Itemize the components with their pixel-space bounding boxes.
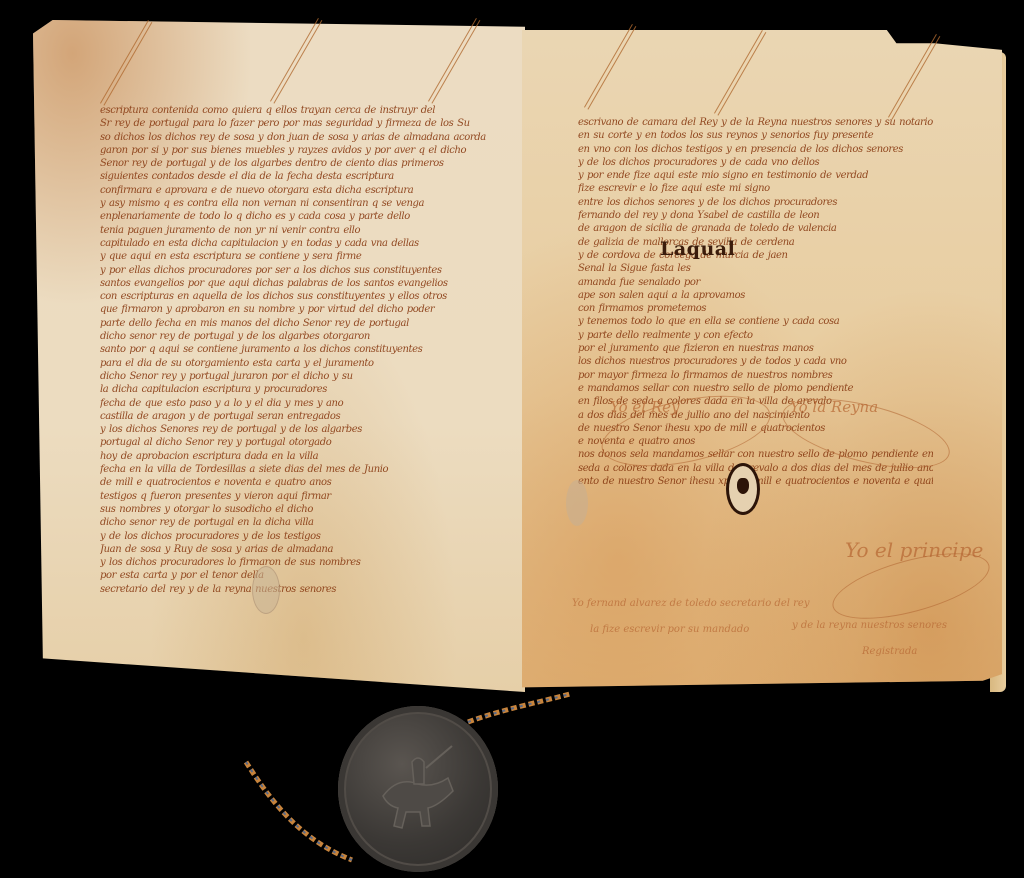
manuscript-line: enplenariamente de todo lo q dicho es y … (100, 210, 495, 223)
manuscript-line: Juan de sosa y Ruy de sosa y arias de al… (100, 543, 495, 556)
manuscript-line: la dicha capitulacion escriptura y procu… (100, 383, 495, 396)
manuscript-line: confirmara e aprovara e de nuevo otorgar… (100, 184, 495, 197)
manuscript-line: por el juramento que fizieron en nuestra… (578, 342, 933, 355)
signature-king: Yo el Rey (610, 398, 680, 416)
manuscript-line: fecha en la villa de Tordesillas a siete… (100, 463, 495, 476)
ink-seal-stamp (726, 463, 760, 515)
manuscript-line: y tenemos todo lo que en ella se contien… (578, 315, 933, 328)
manuscript-line: dicho Senor rey y portugal juraron por e… (100, 370, 495, 383)
manuscript-line: ape son salen aqui a la aprovamos (578, 289, 933, 302)
manuscript-line: y de cordova de corcega de murcia de jae… (578, 249, 933, 262)
manuscript-line: santo por q aqui se contiene juramento a… (100, 343, 495, 356)
manuscript-line: capitulado en esta dicha capitulacion y … (100, 237, 495, 250)
highlighted-word: Laqual (660, 238, 735, 260)
manuscript-line: y por ellas dichos procuradores por ser … (100, 264, 495, 277)
manuscript-line: de mill e quatrocientos e noventa e quat… (100, 476, 495, 489)
manuscript-line: santos evangelios por que aqui dichas pa… (100, 277, 495, 290)
manuscript-line: castilla de aragon y de portugal seran e… (100, 410, 495, 423)
manuscript-line: y por ende fize aqui este mio signo en t… (578, 169, 933, 182)
manuscript-line: e mandamos sellar con nuestro sello de p… (578, 382, 933, 395)
manuscript-line: y los dichos procuradores lo firmaron de… (100, 556, 495, 569)
manuscript-line: de galizia de mallorcas de sevilla de ce… (578, 236, 933, 249)
manuscript-line: y que aqui en esta escriptura se contien… (100, 250, 495, 263)
manuscript-line: escrivano de camara del Rey y de la Reyn… (578, 116, 933, 129)
manuscript-line: amanda fue senalado por (578, 276, 933, 289)
manuscript-line: fize escrevir e lo fize aqui este mi sig… (578, 182, 933, 195)
manuscript-line: con firmamos prometemos (578, 302, 933, 315)
manuscript-line: siguientes contados desde el dia de la f… (100, 170, 495, 183)
manuscript-line: y de los dichos procuradores y de cada v… (578, 156, 933, 169)
secretary-subscription-2: y de la reyna nuestros senores (792, 620, 947, 631)
manuscript-line: con escripturas en aquella de los dichos… (100, 290, 495, 303)
manuscript-line: dicho senor rey de portugal en la dicha … (100, 516, 495, 529)
manuscript-line: hoy de aprobacion escriptura dada en la … (100, 450, 495, 463)
manuscript-line: garon por si y por sus bienes muebles y … (100, 144, 495, 157)
manuscript-line: Sr rey de portugal para lo fazer pero po… (100, 117, 495, 130)
manuscript-line: entre los dichos senores y de los dichos… (578, 196, 933, 209)
manuscript-line: los dichos nuestros procuradores y de to… (578, 355, 933, 368)
manuscript-line: dicho senor rey de portugal y de los alg… (100, 330, 495, 343)
knight-on-horseback-icon (368, 736, 468, 836)
signature-queen: Yo la Reyna (790, 398, 878, 416)
manuscript-line: por esta carta y por el tenor della (100, 569, 495, 582)
manuscript-line: fernando del rey y dona Ysabel de castil… (578, 209, 933, 222)
manuscript-line: y asy mismo q es contra ella non vernan … (100, 197, 495, 210)
manuscript-line: en vno con los dichos testigos y en pres… (578, 143, 933, 156)
manuscript-line: fecha de que esto paso y a lo y el dia y… (100, 397, 495, 410)
left-page-text: escriptura contenida como quiera q ellos… (100, 104, 495, 596)
manuscript-line: y los dichos Senores rey de portugal y d… (100, 423, 495, 436)
manuscript-line: tenia paguen juramento de non yr ni veni… (100, 224, 495, 237)
manuscript-line: y parte dello realmente y con efecto (578, 329, 933, 342)
manuscript-line: testigos q fueron presentes y vieron aqu… (100, 490, 495, 503)
manuscript-line: y de los dichos procuradores y de los te… (100, 530, 495, 543)
manuscript-line: por mayor firmeza lo firmamos de nuestro… (578, 369, 933, 382)
manuscript-line: so dichos los dichos rey de sosa y don j… (100, 131, 495, 144)
manuscript-line: portugal al dicho Senor rey y portugal o… (100, 436, 495, 449)
blind-stamp (252, 566, 280, 614)
manuscript-line: de aragon de sicilia de granada de toled… (578, 222, 933, 235)
manuscript-line: parte dello fecha en mis manos del dicho… (100, 317, 495, 330)
manuscript-line: secretario del rey y de la reyna nuestro… (100, 583, 495, 596)
registrada-mark: Registrada (862, 646, 917, 657)
manuscript-line: Senal la Sigue fasta les (578, 262, 933, 275)
manuscript-line: que firmaron y aprobaron en su nombre y … (100, 303, 495, 316)
manuscript-line: en su corte y en todos los sus reynos y … (578, 129, 933, 142)
manuscript-line: para el dia de su otorgamiento esta cart… (100, 357, 495, 370)
manuscript-line: sus nombres y otorgar lo susodicho el di… (100, 503, 495, 516)
coat-of-arms-icon (737, 478, 749, 494)
manuscript-line: Senor rey de portugal y de los algarbes … (100, 157, 495, 170)
blind-stamp (566, 480, 588, 526)
lead-seal (338, 706, 498, 872)
secretary-mandate: la fize escrevir por su mandado (590, 624, 749, 635)
manuscript-line: escriptura contenida como quiera q ellos… (100, 104, 495, 117)
secretary-subscription: Yo fernand alvarez de toledo secretario … (572, 598, 809, 609)
